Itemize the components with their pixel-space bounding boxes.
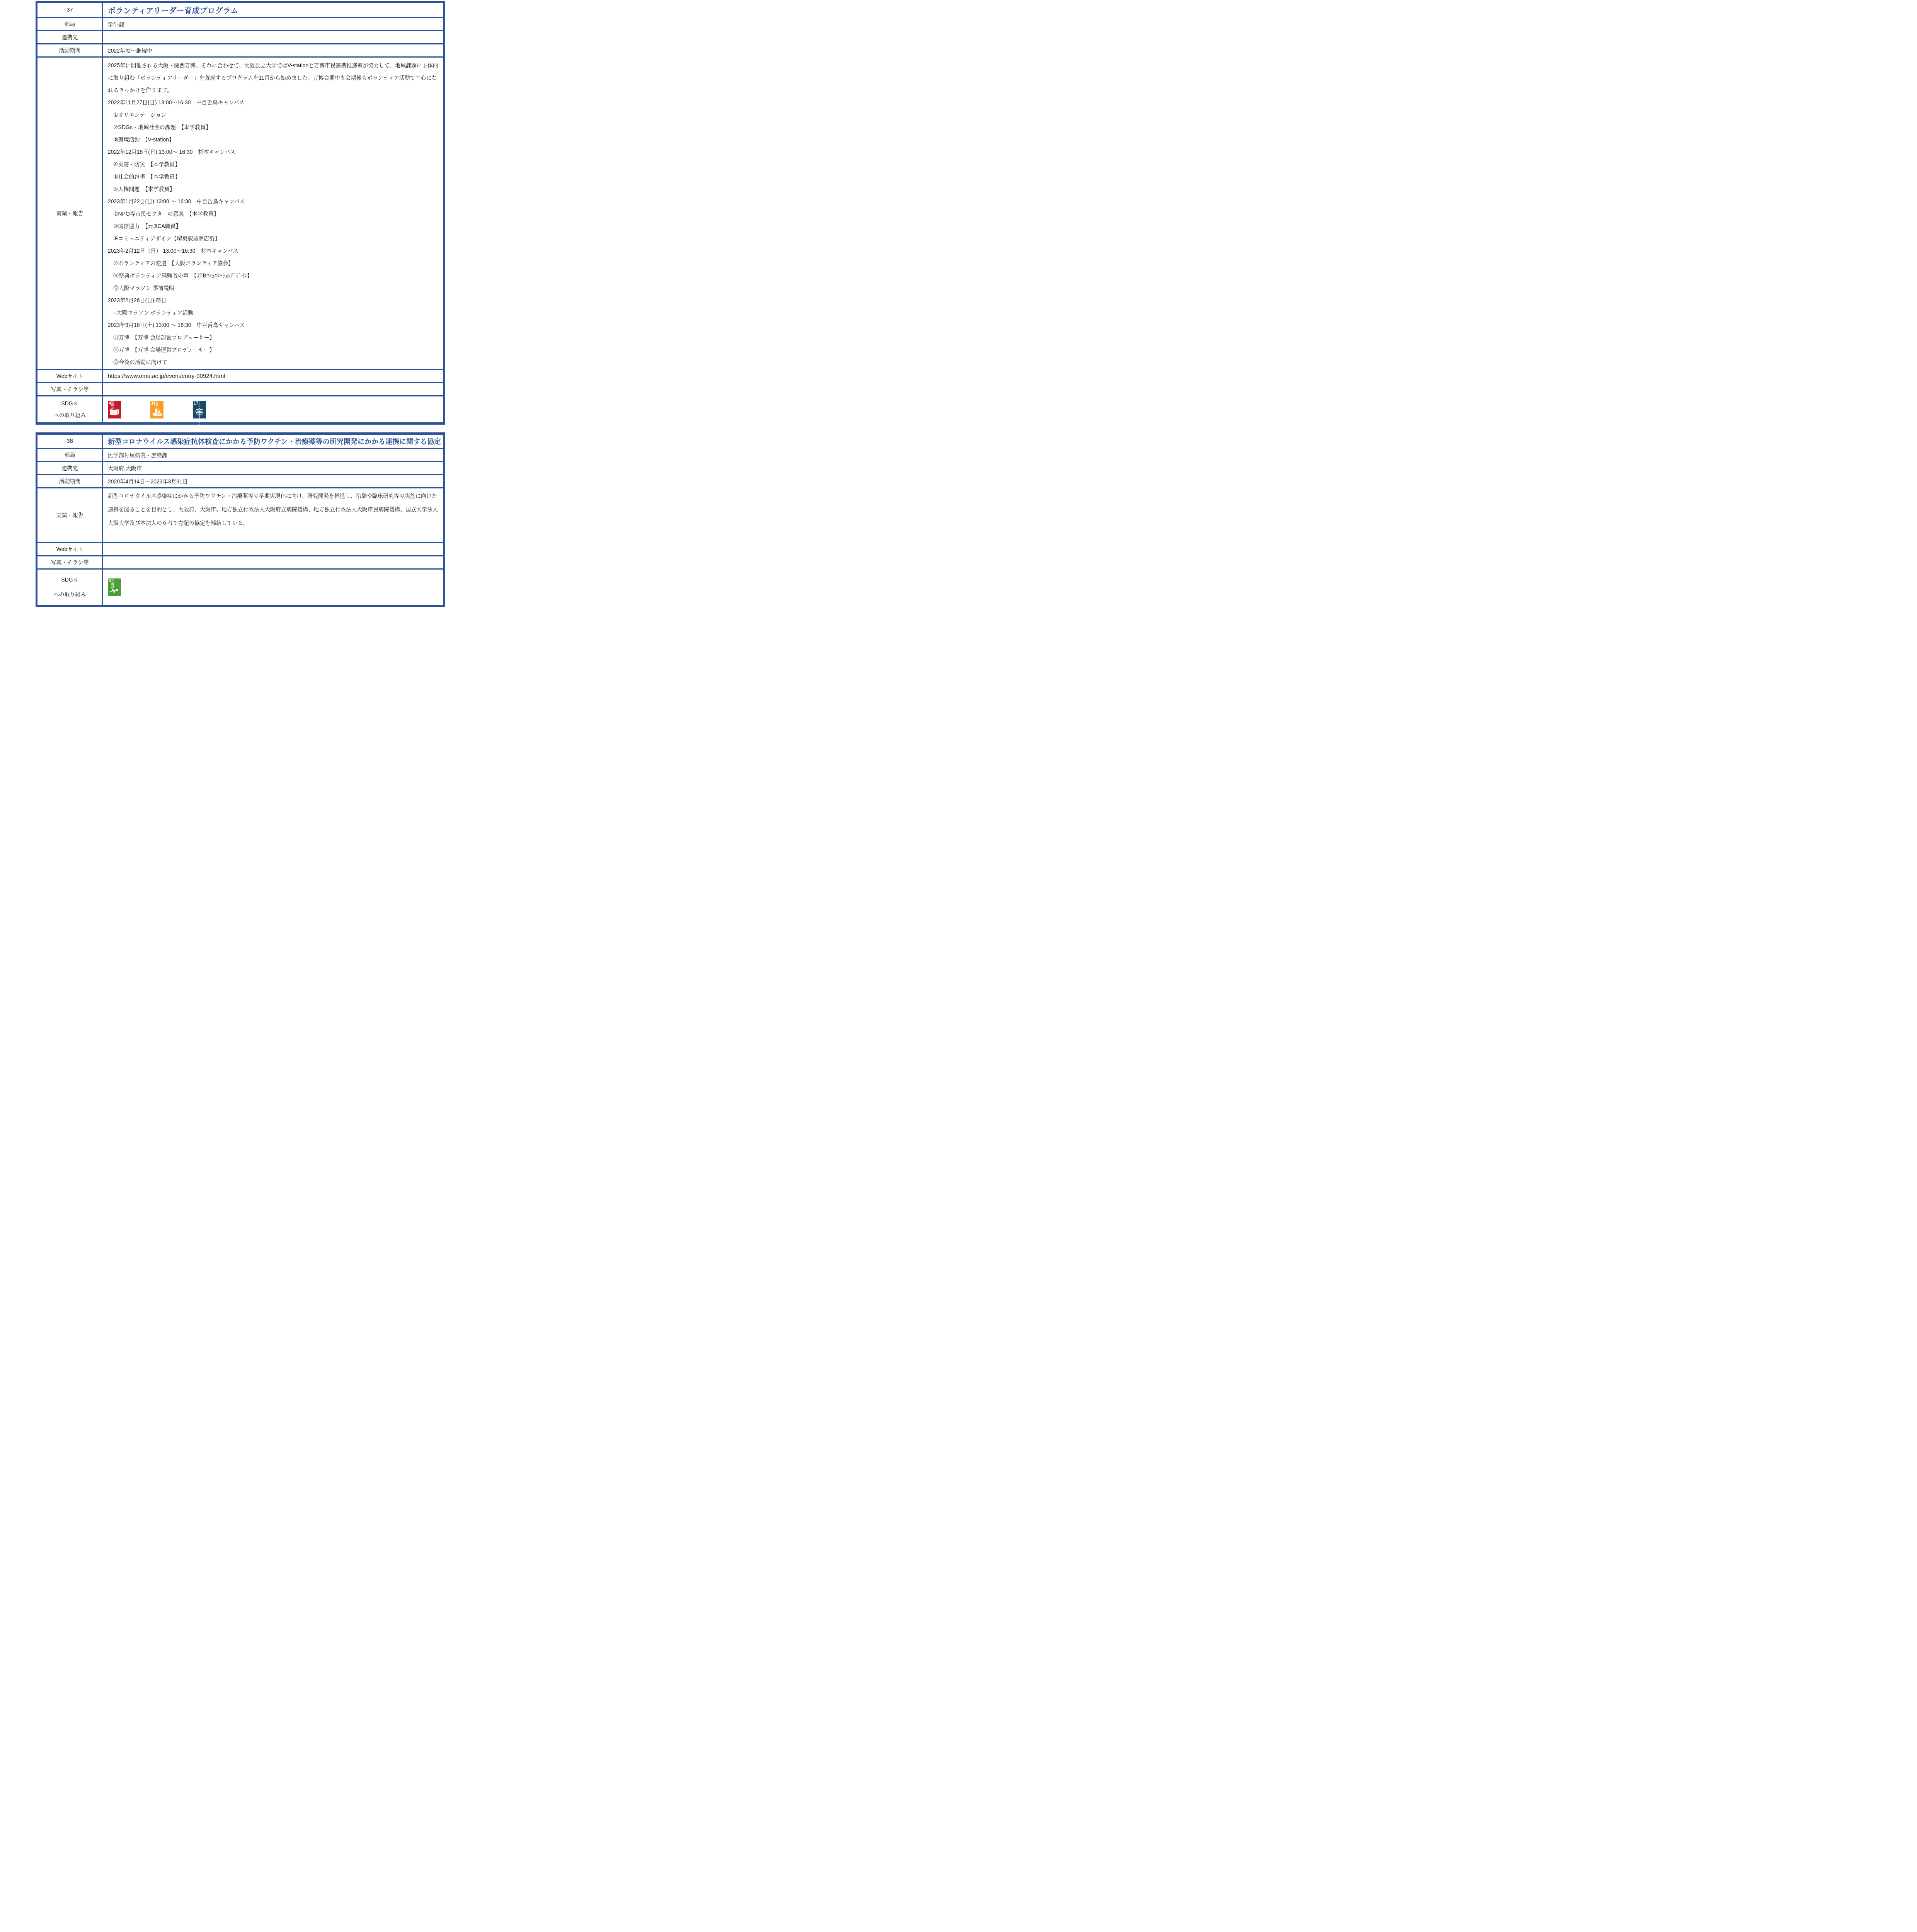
division-label: 部局 (37, 449, 103, 461)
table-row: 活動期間 2022年度～継続中 (37, 43, 443, 56)
table-row: 37 ボランティアリーダー育成プログラム (37, 3, 443, 17)
photo-label: 写真・チラシ等 (37, 556, 103, 568)
report-cell: 新型コロナウイルス感染症にかかる予防ワクチン・治療薬等の早期実現化に向け、研究開… (103, 488, 443, 542)
sdg-goal-title: 質の高い教育を みんなに (111, 401, 115, 411)
program-title: 新型コロナウイルス感染症抗体検査にかかる予防ワクチン・治療薬等の研究開発にかかる… (103, 435, 443, 448)
partner-label: 連携先 (37, 462, 103, 474)
photo-label: 写真・チラシ等 (37, 383, 103, 395)
division-label: 部局 (37, 18, 103, 30)
table-row: SDGｓ への取り組み 3 すべての人に 健康と福祉を (37, 568, 443, 605)
program-table-37: 37 ボランティアリーダー育成プログラム 部局 学生課 連携先 活動期間 202… (36, 1, 445, 425)
document-page: 37 ボランティアリーダー育成プログラム 部局 学生課 連携先 活動期間 202… (0, 0, 479, 616)
period-label: 活動期間 (37, 44, 103, 56)
website-label: Webサイト (37, 370, 103, 382)
sdg-goal-17-badge: 17 パートナーシップで 目標を達成しよう (193, 401, 206, 418)
report-body: 新型コロナウイルス感染症にかかる予防ワクチン・治療薬等の早期実現化に向け、研究開… (108, 489, 439, 530)
sdgs-label: SDGｓ への取り組み (37, 396, 103, 422)
table-row: 連携先 大阪府,大阪市 (37, 461, 443, 474)
sdg-goal-11-badge: 11 住み続けられる まちづくりを (150, 401, 163, 418)
partner-value (103, 31, 443, 43)
entry-number: 38 (37, 435, 103, 448)
table-row: SDGｓ への取り組み 4 質の高い教育を みんなに (37, 395, 443, 422)
sdg-goal-number: 4 (109, 401, 111, 406)
table-row: 実績・報告 新型コロナウイルス感染症にかかる予防ワクチン・治療薬等の早期実現化に… (37, 487, 443, 542)
sdg-goal-4-badge: 4 質の高い教育を みんなに (108, 401, 121, 418)
division-value: 学生課 (103, 18, 443, 30)
table-row: 部局 医学部付属病院・庶務課 (37, 448, 443, 461)
table-row: Webサイト (37, 542, 443, 555)
table-row: 38 新型コロナウイルス感染症抗体検査にかかる予防ワクチン・治療薬等の研究開発に… (37, 435, 443, 448)
table-row: 写真・チラシ等 (37, 382, 443, 395)
sdg-goal-title: すべての人に 健康と福祉を (111, 579, 115, 588)
sdg-goal-3-badge: 3 すべての人に 健康と福祉を (108, 578, 121, 596)
period-label: 活動期間 (37, 475, 103, 487)
sdg-goal-title: 住み続けられる まちづくりを (156, 401, 159, 422)
report-body: 2025年に開催される大阪・関西万博。それに合わせて、大阪公立大学ではV-sta… (108, 58, 439, 368)
sdgs-label-line1: SDGｓ (61, 576, 78, 584)
table-row: 活動期間 2020年4月14日～2023年3月31日 (37, 474, 443, 487)
table-row: 実績・報告 2025年に開催される大阪・関西万博。それに合わせて、大阪公立大学で… (37, 56, 443, 369)
photo-value (103, 383, 443, 395)
division-value: 医学部付属病院・庶務課 (103, 449, 443, 461)
sdg-goal-number: 3 (109, 579, 111, 583)
sdgs-label-line1: SDGｓ (61, 400, 78, 408)
photo-value (103, 556, 443, 568)
sdg-goal-number: 11 (151, 401, 156, 406)
report-cell: 2025年に開催される大阪・関西万博。それに合わせて、大阪公立大学ではV-sta… (103, 58, 443, 369)
sdg-goal-title: パートナーシップで 目標を達成しよう (199, 401, 201, 428)
entry-number: 37 (37, 3, 103, 17)
table-row: Webサイト https://www.omu.ac.jp/event/entry… (37, 369, 443, 382)
report-label: 実績・報告 (37, 488, 103, 542)
report-label: 実績・報告 (37, 58, 103, 369)
sdg-goal-number: 17 (194, 401, 198, 406)
period-value: 2022年度～継続中 (103, 44, 443, 56)
period-value: 2020年4月14日～2023年3月31日 (103, 475, 443, 487)
program-table-38: 38 新型コロナウイルス感染症抗体検査にかかる予防ワクチン・治療薬等の研究開発に… (36, 432, 445, 607)
sdgs-label: SDGｓ への取り組み (37, 570, 103, 605)
program-title: ボランティアリーダー育成プログラム (103, 3, 443, 17)
website-label: Webサイト (37, 543, 103, 555)
table-row: 写真・チラシ等 (37, 555, 443, 568)
partner-value: 大阪府,大阪市 (103, 462, 443, 474)
sdgs-cell: 3 すべての人に 健康と福祉を (103, 570, 443, 605)
sdgs-label-line2: への取り組み (54, 411, 86, 419)
table-row: 連携先 (37, 30, 443, 43)
partner-label: 連携先 (37, 31, 103, 43)
table-row: 部局 学生課 (37, 17, 443, 30)
sdgs-label-line2: への取り組み (54, 590, 86, 599)
sdgs-cell: 4 質の高い教育を みんなに 11 (103, 396, 443, 422)
website-url (103, 543, 443, 555)
website-url: https://www.omu.ac.jp/event/entry-00924.… (103, 370, 443, 382)
